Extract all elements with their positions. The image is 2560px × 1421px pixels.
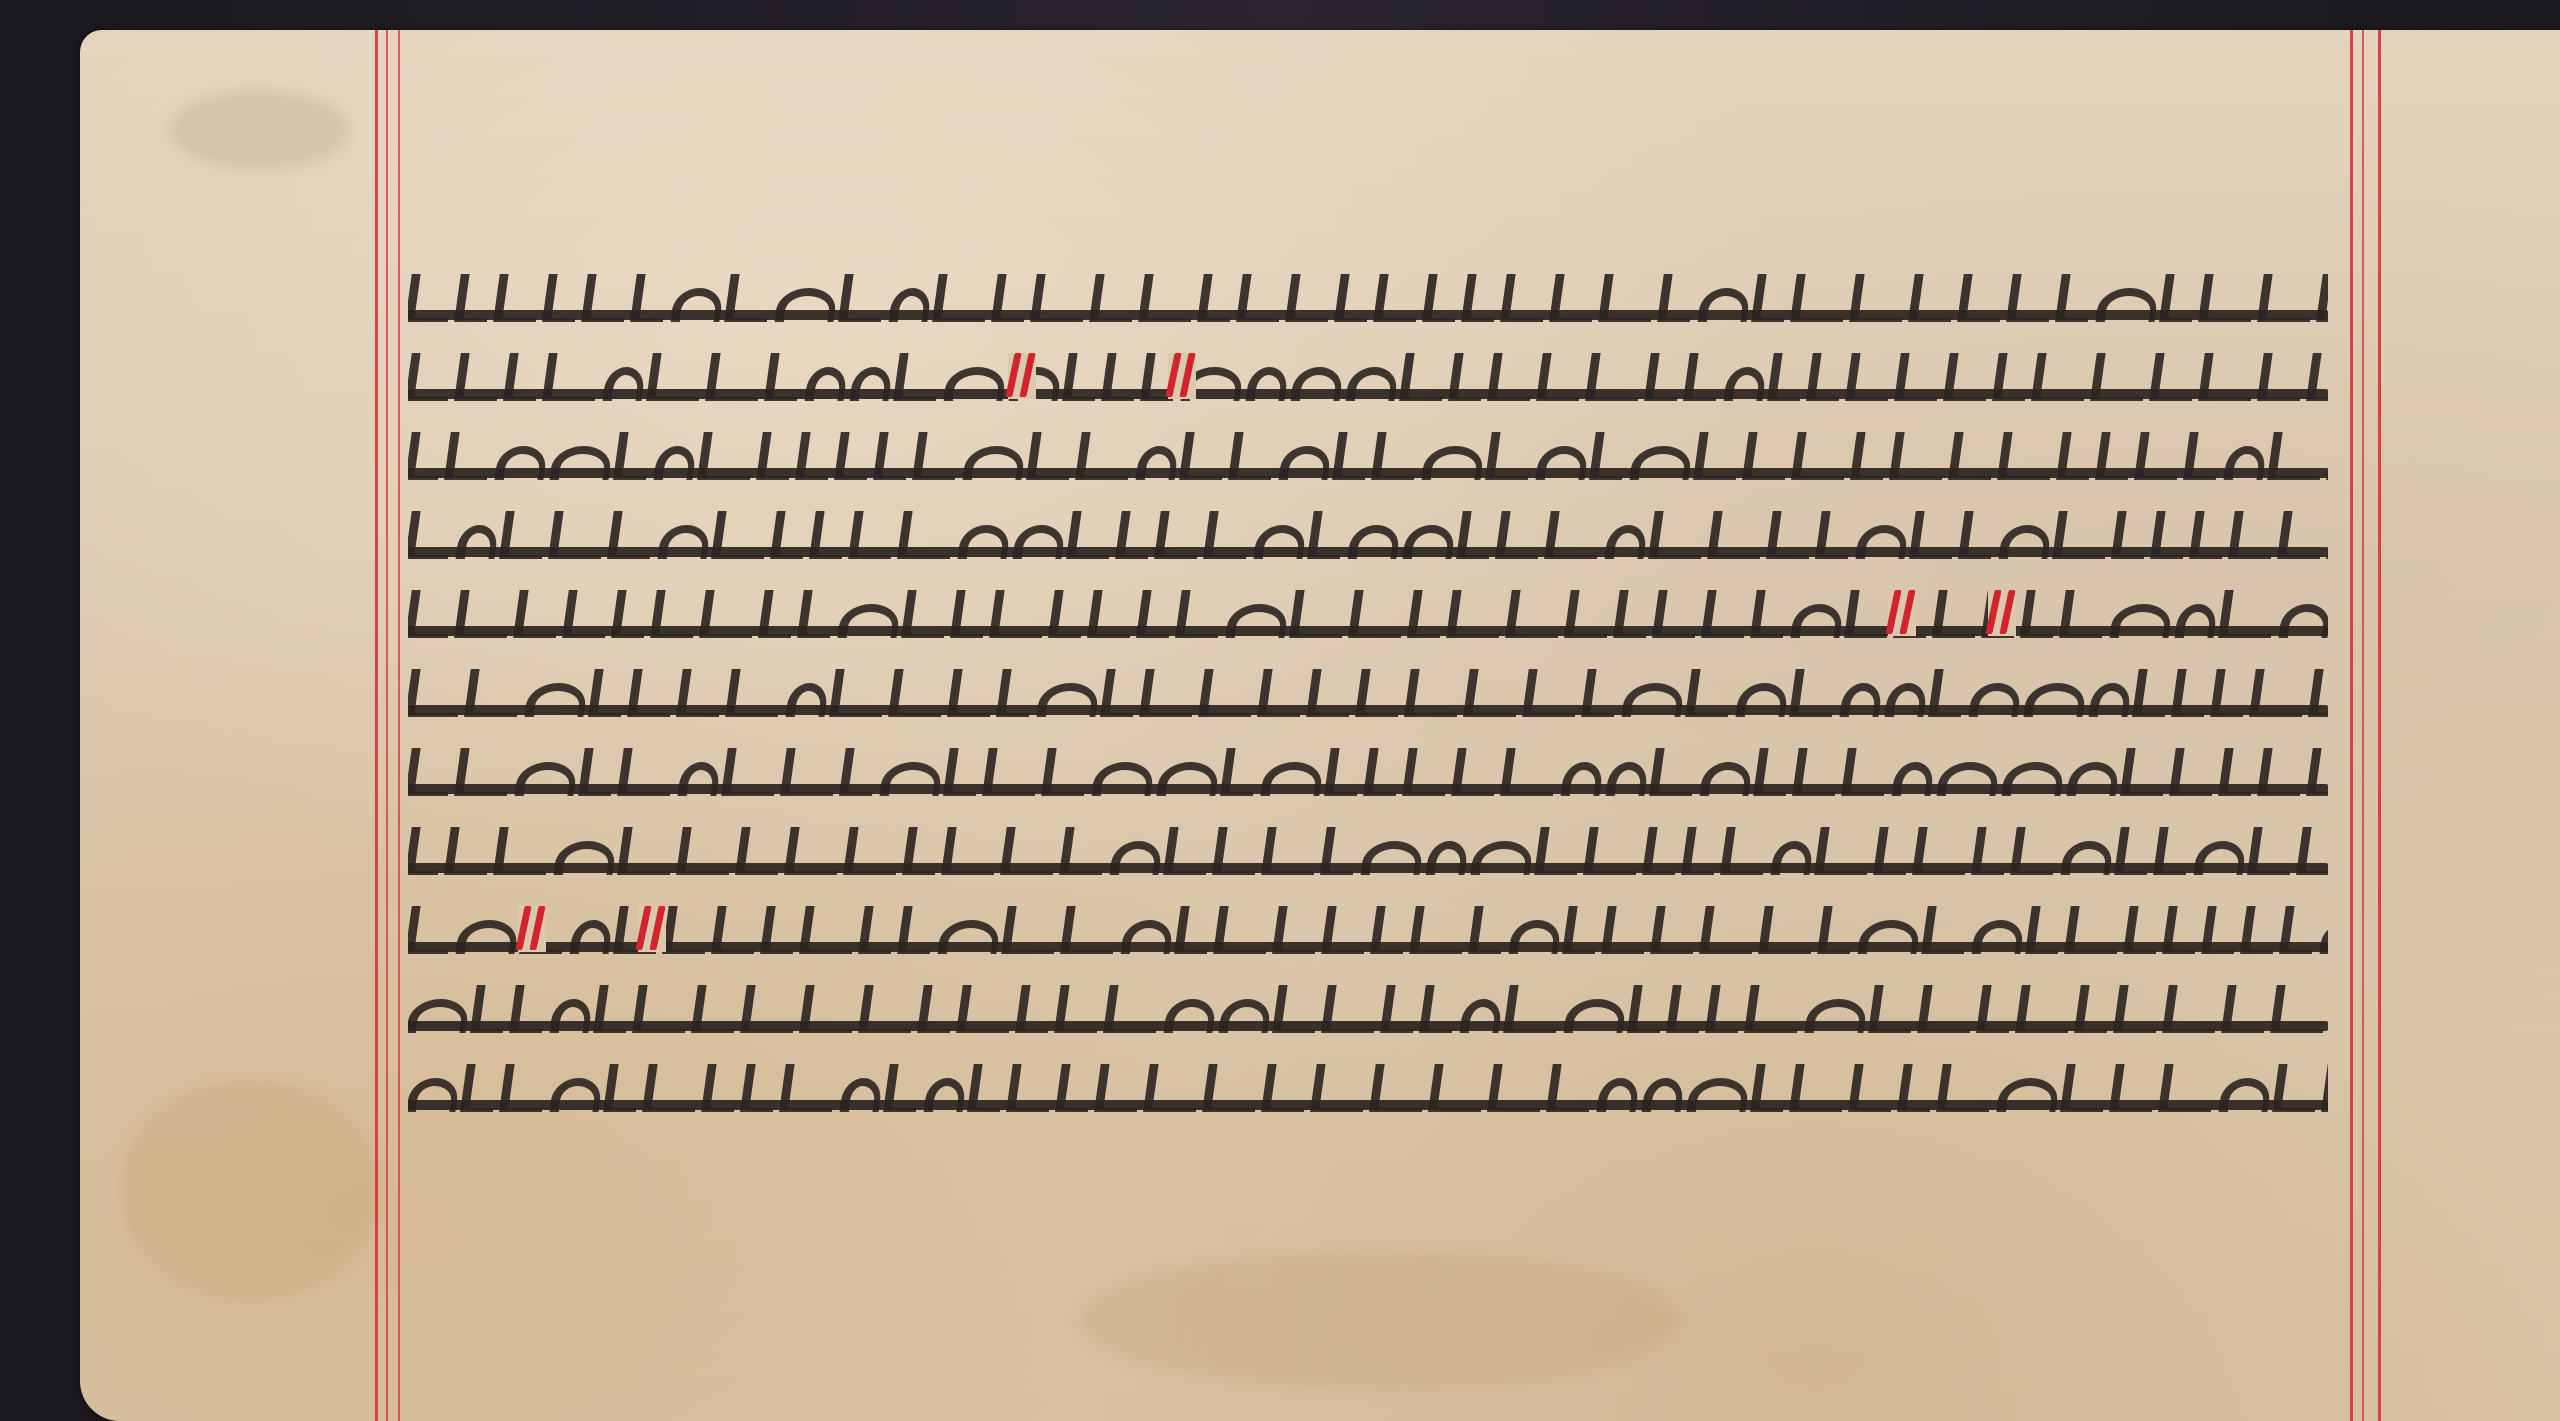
glyph-row: [408, 270, 2328, 322]
script-glyph: [1173, 906, 1213, 954]
stain: [120, 1080, 380, 1300]
script-glyph: [1844, 353, 1894, 401]
script-glyph: [408, 906, 455, 954]
script-glyph: [2269, 985, 2328, 1033]
script-glyph: [408, 1078, 460, 1112]
script-glyph: [723, 274, 773, 322]
script-glyph: [690, 985, 740, 1033]
script-glyph: [453, 748, 513, 796]
script-glyph: [1074, 432, 1134, 480]
script-glyph: [2239, 906, 2279, 954]
script-glyph: [942, 748, 982, 796]
script-glyph: [1174, 590, 1224, 638]
script-glyph: [508, 985, 548, 1033]
script-glyph: [1597, 274, 1657, 322]
script-glyph: [1603, 525, 1648, 559]
left-margin-rule: [375, 30, 378, 1421]
manuscript-line: [408, 341, 2328, 420]
script-glyph: [796, 590, 836, 638]
script-glyph: [857, 985, 917, 1033]
script-glyph: [1706, 511, 1766, 559]
script-glyph: [739, 985, 799, 1033]
script-glyph: [1099, 669, 1139, 717]
script-glyph: [1484, 432, 1534, 480]
script-glyph: [2108, 1064, 2158, 1112]
script-glyph: [523, 683, 588, 717]
script-glyph: [1372, 274, 1422, 322]
script-glyph: [2131, 669, 2171, 717]
script-glyph: [669, 288, 724, 322]
script-glyph: [2113, 827, 2153, 875]
script-glyph: [1997, 525, 2052, 559]
script-glyph: [1227, 432, 1277, 480]
script-glyph: [911, 432, 961, 480]
script-glyph: [1559, 762, 1604, 796]
manuscript-line: [408, 499, 2328, 578]
script-glyph: [698, 590, 758, 638]
script-glyph: [1814, 511, 1854, 559]
script-glyph: [577, 748, 617, 796]
script-glyph: [1957, 511, 1997, 559]
script-glyph: [1421, 274, 1461, 322]
script-glyph: [541, 274, 581, 322]
manuscript-line: [408, 657, 2328, 736]
script-glyph: [1651, 590, 1701, 638]
script-glyph: [1665, 985, 1705, 1033]
script-glyph: [2063, 906, 2123, 954]
script-glyph: [995, 669, 1035, 717]
script-glyph: [1406, 590, 1446, 638]
script-glyph: [645, 353, 705, 401]
script-glyph: [2168, 748, 2218, 796]
script-glyph: [1235, 274, 1285, 322]
script-glyph: [1306, 511, 1346, 559]
script-glyph: [2133, 432, 2183, 480]
script-glyph: [1893, 353, 1943, 401]
script-glyph: [2320, 1064, 2328, 1112]
red-double-danda-mark: [638, 906, 666, 952]
script-glyph: [1620, 683, 1685, 717]
script-glyph: [1896, 1064, 1936, 1112]
script-glyph: [1535, 353, 1585, 401]
script-glyph: [1420, 446, 1485, 480]
script-glyph: [1840, 748, 1890, 796]
script-glyph: [1053, 985, 1103, 1033]
script-glyph: [1369, 906, 1409, 954]
script-glyph: [1680, 827, 1720, 875]
script-glyph: [1649, 906, 1699, 954]
script-glyph: [2009, 827, 2059, 875]
script-glyph: [1370, 432, 1420, 480]
right-margin-rule: [2362, 30, 2364, 1421]
script-glyph: [1359, 841, 1424, 875]
script-glyph: [1347, 590, 1407, 638]
script-glyph: [1849, 432, 1889, 480]
script-glyph: [2217, 590, 2277, 638]
script-glyph: [1741, 432, 1791, 480]
script-glyph: [1813, 827, 1873, 875]
glyph-row: [408, 507, 2328, 559]
script-glyph: [988, 590, 1048, 638]
script-glyph: [2161, 985, 2221, 1033]
script-glyph: [1499, 274, 1549, 322]
script-glyph: [498, 511, 548, 559]
red-double-danda-mark: [518, 906, 546, 952]
script-glyph: [2209, 669, 2249, 717]
script-glyph: [1595, 1078, 1640, 1112]
script-glyph: [498, 1064, 548, 1112]
script-glyph: [1162, 999, 1217, 1033]
script-glyph: [1119, 920, 1174, 954]
script-glyph: [1445, 590, 1505, 638]
script-glyph: [949, 590, 989, 638]
script-glyph: [1521, 669, 1581, 717]
script-glyph: [784, 683, 829, 717]
script-glyph: [1035, 683, 1100, 717]
script-glyph: [463, 669, 523, 717]
script-glyph: [610, 590, 650, 638]
script-glyph: [408, 432, 445, 480]
script-glyph: [2051, 511, 2111, 559]
script-glyph: [1259, 762, 1324, 796]
glyph-row: [408, 428, 2328, 480]
glyph-row: [408, 349, 2328, 401]
script-glyph: [2170, 669, 2210, 717]
manuscript-line: [408, 815, 2328, 894]
script-glyph: [798, 906, 858, 954]
red-double-danda-mark: [1988, 590, 2016, 636]
script-glyph: [1256, 669, 1306, 717]
script-glyph: [2005, 274, 2055, 322]
script-glyph: [592, 985, 632, 1033]
script-glyph: [513, 762, 578, 796]
script-glyph: [1907, 274, 1957, 322]
script-glyph: [1612, 590, 1652, 638]
script-glyph: [1288, 590, 1348, 638]
script-glyph: [1502, 985, 1562, 1033]
script-glyph: [408, 274, 455, 322]
glyph-row: [408, 981, 2328, 1033]
script-glyph: [1788, 669, 1838, 717]
script-glyph: [1696, 288, 1751, 322]
script-glyph: [2256, 274, 2316, 322]
script-glyph: [842, 827, 902, 875]
script-glyph: [2305, 353, 2328, 401]
script-glyph: [2188, 511, 2228, 559]
script-glyph: [2065, 762, 2120, 796]
glyph-row: [408, 823, 2328, 875]
script-glyph: [1467, 906, 1507, 954]
script-glyph: [1212, 906, 1272, 954]
script-glyph: [1277, 446, 1332, 480]
script-glyph: [2182, 432, 2222, 480]
script-glyph: [1562, 999, 1627, 1033]
glyph-row: [408, 1060, 2328, 1112]
script-glyph: [587, 669, 627, 717]
script-glyph: [882, 1064, 922, 1112]
script-glyph: [1757, 906, 1817, 954]
script-glyph: [561, 590, 611, 638]
script-glyph: [1722, 367, 1767, 401]
script-glyph: [2173, 604, 2218, 638]
script-glyph: [408, 511, 455, 559]
script-glyph: [847, 511, 897, 559]
script-glyph: [828, 669, 888, 717]
script-glyph: [1750, 274, 1790, 322]
script-glyph: [1935, 762, 2000, 796]
script-glyph: [502, 353, 542, 401]
script-glyph: [454, 525, 499, 559]
script-glyph: [1956, 274, 2006, 322]
glyph-row: [408, 902, 2328, 954]
script-glyph: [936, 920, 1001, 954]
script-glyph: [1494, 511, 1544, 559]
script-glyph: [1305, 669, 1355, 717]
script-glyph: [2058, 590, 2108, 638]
script-glyph: [942, 367, 1007, 401]
script-glyph: [803, 367, 848, 401]
script-glyph: [1499, 748, 1559, 796]
script-glyph: [1975, 985, 2015, 1033]
script-glyph: [641, 1064, 701, 1112]
script-glyph: [1029, 274, 1089, 322]
script-glyph: [1935, 1064, 1995, 1112]
script-glyph: [2000, 762, 2065, 796]
script-glyph: [1700, 590, 1750, 638]
script-glyph: [1142, 1064, 1202, 1112]
script-glyph: [626, 669, 676, 717]
manuscript-text-block: [408, 262, 2328, 1131]
script-glyph: [2158, 274, 2198, 322]
script-glyph: [656, 525, 711, 559]
script-glyph: [1588, 432, 1628, 480]
script-glyph: [696, 432, 756, 480]
script-glyph: [1734, 683, 1789, 717]
script-glyph: [1309, 1064, 1369, 1112]
script-glyph: [1354, 669, 1404, 717]
script-glyph: [734, 827, 784, 875]
script-glyph: [833, 432, 873, 480]
script-glyph: [2266, 432, 2326, 480]
script-glyph: [1379, 985, 1419, 1033]
script-glyph: [1469, 841, 1534, 875]
script-glyph: [1211, 827, 1261, 875]
script-glyph: [798, 985, 858, 1033]
script-glyph: [1025, 432, 1075, 480]
script-glyph: [763, 353, 803, 401]
script-glyph: [2315, 274, 2328, 322]
script-glyph: [1704, 985, 1744, 1033]
script-glyph: [547, 511, 607, 559]
script-glyph: [1719, 827, 1769, 875]
script-glyph: [1005, 1064, 1055, 1112]
script-glyph: [453, 274, 493, 322]
script-glyph: [568, 920, 613, 954]
script-glyph: [580, 274, 630, 322]
script-glyph: [1641, 827, 1681, 875]
left-margin-rule: [386, 30, 388, 1421]
script-glyph: [1197, 669, 1257, 717]
script-glyph: [2149, 511, 2189, 559]
script-glyph: [1765, 511, 1815, 559]
script-glyph: [1766, 353, 1806, 401]
script-glyph: [1534, 446, 1589, 480]
script-glyph: [1769, 841, 1814, 875]
script-glyph: [1418, 985, 1458, 1033]
script-glyph: [1788, 1064, 1848, 1112]
script-glyph: [1584, 353, 1644, 401]
script-glyph: [1604, 762, 1649, 796]
script-glyph: [1931, 590, 1981, 638]
right-margin-rule: [2378, 30, 2381, 1421]
script-glyph: [2148, 353, 2198, 401]
script-glyph: [887, 288, 932, 322]
script-glyph: [1486, 1064, 1546, 1112]
script-glyph: [1455, 511, 1495, 559]
script-glyph: [955, 985, 1015, 1033]
script-glyph: [1692, 432, 1742, 480]
script-glyph: [700, 1064, 740, 1112]
script-glyph: [1058, 827, 1108, 875]
left-margin-rule: [398, 30, 400, 1421]
script-glyph: [1201, 1064, 1261, 1112]
script-glyph: [1271, 906, 1321, 954]
script-glyph: [1682, 353, 1722, 401]
script-glyph: [1533, 827, 1583, 875]
script-glyph: [1447, 353, 1487, 401]
script-glyph: [1162, 827, 1212, 875]
manuscript-line: [408, 736, 2328, 815]
script-glyph: [769, 511, 809, 559]
script-glyph: [629, 274, 669, 322]
script-glyph: [1219, 748, 1259, 796]
red-double-danda-mark: [1168, 353, 1196, 399]
script-glyph: [1114, 511, 1154, 559]
script-glyph: [1872, 827, 1912, 875]
script-glyph: [1916, 985, 1976, 1033]
script-glyph: [1244, 367, 1289, 401]
script-glyph: [652, 446, 697, 480]
script-glyph: [2246, 827, 2296, 875]
script-glyph: [1061, 353, 1101, 401]
script-glyph: [1014, 985, 1054, 1033]
script-glyph: [1563, 590, 1613, 638]
script-glyph: [838, 1078, 883, 1112]
script-glyph: [1628, 446, 1693, 480]
script-glyph: [1424, 841, 1469, 875]
script-glyph: [1401, 748, 1451, 796]
script-glyph: [675, 827, 735, 875]
script-glyph: [2019, 590, 2059, 638]
script-glyph: [2108, 604, 2173, 638]
script-glyph: [887, 669, 947, 717]
script-glyph: [1000, 906, 1060, 954]
script-glyph: [2161, 906, 2201, 954]
script-glyph: [1883, 683, 1928, 717]
script-glyph: [783, 827, 843, 875]
script-glyph: [1991, 353, 2031, 401]
script-glyph: [757, 590, 797, 638]
script-glyph: [2256, 353, 2306, 401]
script-glyph: [1847, 1064, 1897, 1112]
script-glyph: [1137, 274, 1197, 322]
script-glyph: [1135, 590, 1175, 638]
script-glyph: [922, 1078, 967, 1112]
script-glyph: [759, 906, 799, 954]
script-glyph: [739, 1064, 779, 1112]
script-glyph: [1888, 432, 1948, 480]
glyph-row: [408, 744, 2328, 796]
manuscript-line: [408, 578, 2328, 657]
script-glyph: [704, 353, 764, 401]
script-glyph: [1047, 590, 1087, 638]
script-glyph: [1362, 748, 1402, 796]
script-glyph: [808, 511, 848, 559]
script-glyph: [1450, 748, 1500, 796]
script-glyph: [1319, 827, 1359, 875]
script-glyph: [1086, 590, 1136, 638]
script-glyph: [469, 985, 509, 1033]
script-glyph: [961, 446, 1026, 480]
script-glyph: [2157, 1064, 2217, 1112]
script-glyph: [2055, 432, 2095, 480]
script-glyph: [2059, 841, 2114, 875]
script-glyph: [901, 827, 941, 875]
script-glyph: [896, 511, 956, 559]
script-glyph: [1344, 367, 1399, 401]
red-double-danda-mark: [1888, 590, 1916, 636]
script-glyph: [720, 748, 780, 796]
script-glyph: [1749, 590, 1789, 638]
script-glyph: [1543, 511, 1603, 559]
script-glyph: [1752, 748, 1792, 796]
script-glyph: [1790, 432, 1850, 480]
script-glyph: [1789, 604, 1844, 638]
script-glyph: [2059, 1064, 2109, 1112]
script-glyph: [1462, 669, 1522, 717]
red-double-danda-mark: [1008, 353, 1036, 399]
script-glyph: [1911, 827, 1971, 875]
script-glyph: [1408, 906, 1468, 954]
script-glyph: [1134, 446, 1179, 480]
script-glyph: [2087, 683, 2132, 717]
script-glyph: [1090, 762, 1155, 796]
script-glyph: [1398, 353, 1448, 401]
script-glyph: [408, 353, 455, 401]
manuscript-line: [408, 973, 2328, 1052]
script-glyph: [892, 353, 942, 401]
script-glyph: [453, 590, 513, 638]
script-glyph: [602, 1064, 642, 1112]
script-glyph: [2318, 920, 2328, 954]
script-glyph: [1545, 1064, 1595, 1112]
script-glyph: [838, 748, 878, 796]
script-glyph: [755, 432, 795, 480]
script-glyph: [2119, 748, 2169, 796]
script-glyph: [2217, 748, 2257, 796]
script-glyph: [1995, 1078, 2060, 1112]
script-glyph: [710, 906, 760, 954]
script-glyph: [1685, 1078, 1750, 1112]
script-glyph: [459, 1064, 499, 1112]
script-glyph: [1260, 827, 1320, 875]
script-glyph: [724, 669, 784, 717]
script-glyph: [1996, 432, 2056, 480]
script-glyph: [2094, 288, 2159, 322]
script-glyph: [2222, 446, 2267, 480]
script-glyph: [1460, 274, 1500, 322]
script-glyph: [2307, 669, 2328, 717]
